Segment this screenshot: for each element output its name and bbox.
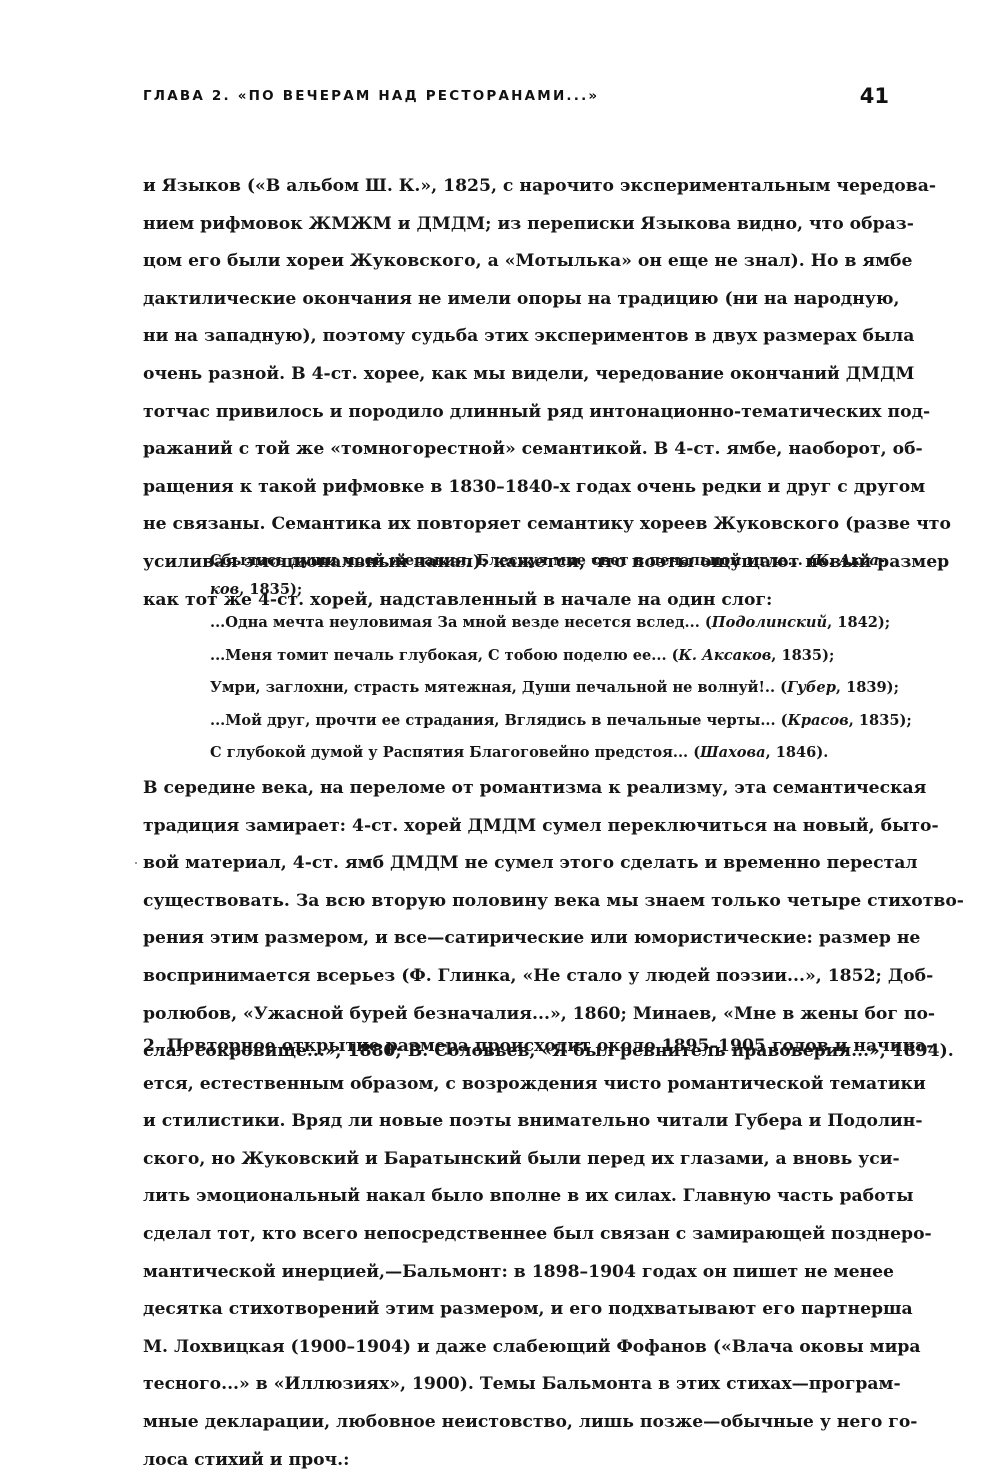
text-line: воспринимается всерьез (Ф. Глинка, «Не с… — [143, 958, 885, 996]
text-line: и стилистики. Вряд ли новые поэты внимат… — [143, 1103, 885, 1141]
text-line: лить эмоциональный накал было вполне в и… — [143, 1178, 885, 1216]
verse-quotes: Сбылись души моей желания, Блеснул мне с… — [210, 545, 885, 769]
quote-source: ков — [210, 581, 239, 598]
quote-source: К. Аксаков — [679, 647, 772, 664]
quote-source: (К. Акса- — [808, 552, 885, 569]
text-line: десятка стихотворений этим размером, и е… — [143, 1291, 885, 1329]
page-number: 41 — [860, 84, 889, 108]
quote-text: С глубокой думой у Распятия Благоговейно… — [210, 744, 700, 761]
quote-line: Сбылись души моей желания, Блеснул мне с… — [210, 545, 885, 577]
quote-text: ...Меня томит печаль глубокая, С тобою п… — [210, 647, 679, 664]
quote-line: С глубокой думой у Распятия Благоговейно… — [210, 737, 885, 769]
text-line: ни на западную), поэтому судьба этих экс… — [143, 318, 885, 356]
text-line: существовать. За всю вторую половину век… — [143, 883, 885, 921]
text-line: ского, но Жуковский и Баратынский были п… — [143, 1141, 885, 1179]
quote-source: Подолинский — [712, 614, 827, 631]
text-line: очень разной. В 4-ст. хорее, как мы виде… — [143, 356, 885, 394]
paragraph-3: 2. Повторное открытие размера происходит… — [143, 1028, 885, 1479]
text-line: нием рифмовок ЖМЖМ и ДМДМ; из переписки … — [143, 206, 885, 244]
quote-line: ...Меня томит печаль глубокая, С тобою п… — [210, 640, 885, 672]
text-line: ращения к такой рифмовке в 1830–1840-х г… — [143, 469, 885, 507]
text-line: тесного...» в «Иллюзиях», 1900). Темы Ба… — [143, 1366, 885, 1404]
quote-source: Губер — [787, 679, 836, 696]
text-line: дактилические окончания не имели опоры н… — [143, 281, 885, 319]
quote-line: Умри, заглохни, страсть мятежная, Души п… — [210, 672, 885, 704]
quote-line-continuation: ков, 1835); — [210, 577, 885, 607]
quote-source: Шахова — [700, 744, 765, 761]
quote-text: Сбылись души моей желания, Блеснул мне с… — [210, 552, 808, 569]
text-line: В середине века, на переломе от романтиз… — [143, 770, 885, 808]
text-line: 2. Повторное открытие размера происходит… — [143, 1028, 885, 1066]
text-line: и Языков («В альбом Ш. К.», 1825, с наро… — [143, 168, 885, 206]
running-head: ГЛАВА 2. «ПО ВЕЧЕРАМ НАД РЕСТОРАНАМИ...»… — [143, 84, 885, 108]
text-line: М. Лохвицкая (1900–1904) и даже слабеющи… — [143, 1329, 885, 1367]
text-line: мные декларации, любовное неистовство, л… — [143, 1404, 885, 1442]
chapter-title: ГЛАВА 2. «ПО ВЕЧЕРАМ НАД РЕСТОРАНАМИ...» — [143, 88, 599, 104]
text-line: традиция замирает: 4-ст. хорей ДМДМ суме… — [143, 808, 885, 846]
text-line: ется, естественным образом, с возрождени… — [143, 1066, 885, 1104]
text-line: цом его были хореи Жуковского, а «Мотыль… — [143, 243, 885, 281]
quote-line: ...Одна мечта неуловимая За мной везде н… — [210, 607, 885, 639]
quote-text: ...Одна мечта неуловимая За мной везде н… — [210, 614, 712, 631]
paragraph-2: В середине века, на переломе от романтиз… — [143, 770, 885, 1071]
quote-source: Красов — [788, 712, 849, 729]
text-line: вой материал, 4-ст. ямб ДМДМ не сумел эт… — [143, 845, 885, 883]
text-line: не связаны. Семантика их повторяет семан… — [143, 506, 885, 544]
scan-speck — [135, 862, 137, 864]
text-line: рения этим размером, и все—сатирические … — [143, 920, 885, 958]
text-line: мантической инерцией,—Бальмонт: в 1898–1… — [143, 1254, 885, 1292]
text-line: сделал тот, кто всего непосредственнее б… — [143, 1216, 885, 1254]
quote-text: Умри, заглохни, страсть мятежная, Души п… — [210, 679, 787, 696]
text-line: тотчас привилось и породило длинный ряд … — [143, 394, 885, 432]
text-line: лоса стихий и проч.: — [143, 1442, 885, 1480]
quote-line: ...Мой друг, прочти ее страдания, Вгляди… — [210, 705, 885, 737]
text-line: ражаний с той же «томногорестной» семант… — [143, 431, 885, 469]
quote-text: ...Мой друг, прочти ее страдания, Вгляди… — [210, 712, 788, 729]
